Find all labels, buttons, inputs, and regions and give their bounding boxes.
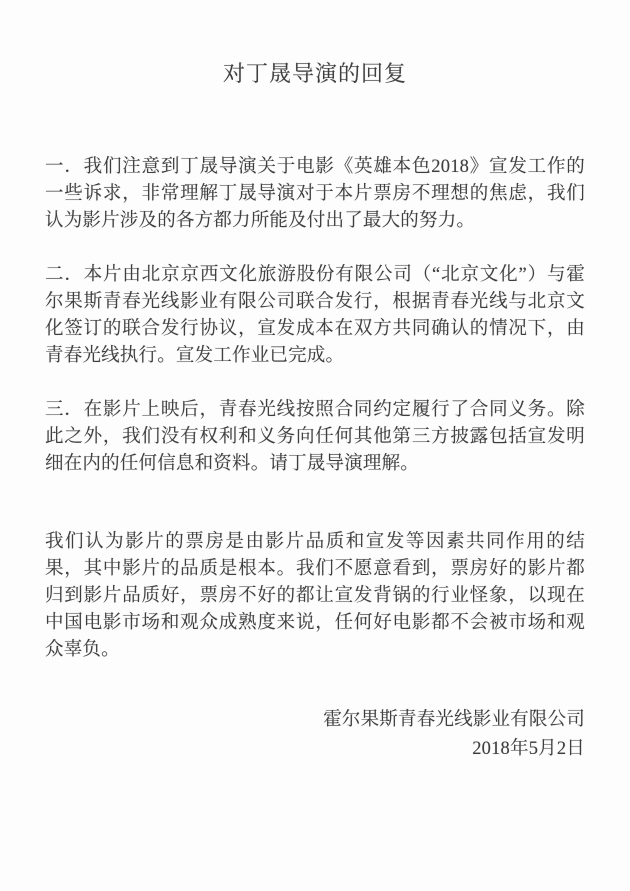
signature-date: 2018年5月2日 — [45, 735, 585, 764]
paragraph-item-2: 二．本片由北京京西文化旅游股份有限公司（“北京文化”）与霍尔果斯青春光线影业有限… — [45, 262, 585, 370]
signature-company: 霍尔果斯青春光线影业有限公司 — [45, 706, 585, 735]
document-page: 对丁晟导演的回复 一．我们注意到丁晟导演关于电影《英雄本色2018》宣发工作的一… — [0, 0, 630, 891]
paragraph-item-3: 三．在影片上映后，青春光线按照合同约定履行了合同义务。除此之外，我们没有权利和义… — [45, 397, 585, 478]
signature-block: 霍尔果斯青春光线影业有限公司 2018年5月2日 — [45, 706, 585, 764]
document-body: 一．我们注意到丁晟导演关于电影《英雄本色2018》宣发工作的一些诉求，非常理解丁… — [0, 91, 630, 764]
paragraph-conclusion: 我们认为影片的票房是由影片品质和宣发等因素共同作用的结果，其中影片的品质是根本。… — [45, 529, 585, 664]
paragraph-item-1: 一．我们注意到丁晟导演关于电影《英雄本色2018》宣发工作的一些诉求，非常理解丁… — [45, 154, 585, 235]
document-title: 对丁晟导演的回复 — [0, 0, 630, 91]
